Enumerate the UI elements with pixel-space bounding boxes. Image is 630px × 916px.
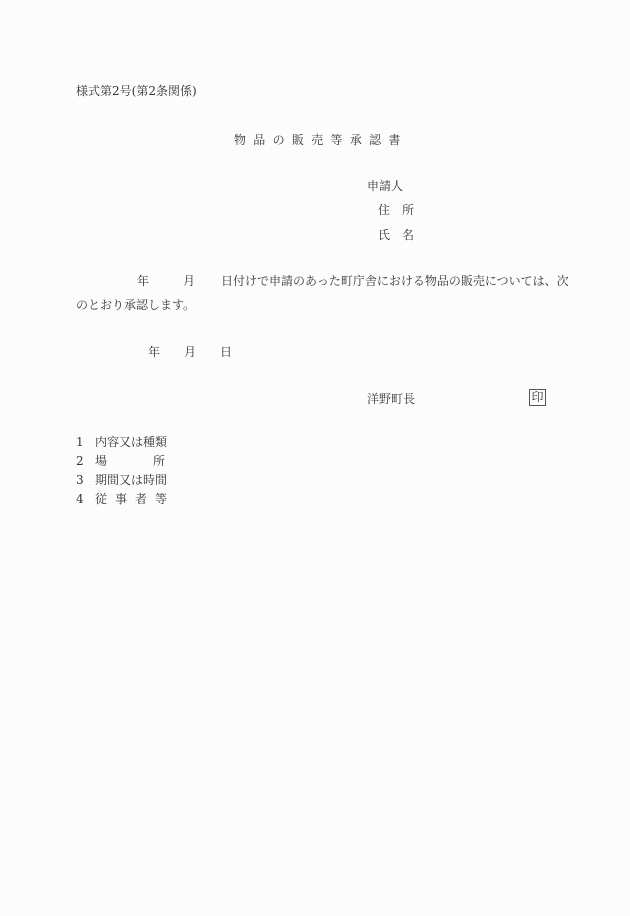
body-text-line-1: 年月日付けで申請のあった町庁舎における物品の販売については、次 bbox=[137, 274, 569, 288]
body-text-rest: 日付けで申請のあった町庁舎における物品の販売については、次 bbox=[221, 274, 569, 288]
body-year: 年 bbox=[137, 274, 149, 288]
list-item: 2場所 bbox=[76, 454, 175, 473]
list-item: 3期間又は時間 bbox=[76, 473, 175, 492]
applicant-name-label: 氏名 bbox=[378, 228, 414, 242]
address-label-char-2: 所 bbox=[402, 203, 414, 217]
date-month: 月 bbox=[184, 345, 196, 359]
item-number: 1 bbox=[76, 435, 95, 449]
item-number: 4 bbox=[76, 492, 95, 506]
body-text-line-2: のとおり承認します。 bbox=[76, 298, 195, 312]
date-year: 年 bbox=[148, 345, 160, 359]
date-day: 日 bbox=[220, 345, 232, 359]
applicant-label: 申請人 bbox=[367, 179, 403, 193]
item-list: 1内容又は種類 2場所 3期間又は時間 4従事者等 bbox=[76, 435, 175, 511]
seal-mark: 印 bbox=[529, 389, 546, 406]
item-label: 内容又は種類 bbox=[95, 435, 167, 449]
list-item: 4従事者等 bbox=[76, 492, 175, 511]
item-number: 2 bbox=[76, 454, 95, 468]
body-month: 月 bbox=[183, 274, 195, 288]
applicant-address-label: 住所 bbox=[378, 203, 414, 217]
name-label-char-2: 名 bbox=[402, 228, 414, 242]
issuer-title: 洋野町長 bbox=[367, 392, 415, 406]
name-label-char-1: 氏 bbox=[378, 228, 390, 242]
item-label: 期間又は時間 bbox=[95, 473, 167, 487]
item-label: 従事者等 bbox=[95, 492, 175, 506]
item-number: 3 bbox=[76, 473, 95, 487]
address-label-char-1: 住 bbox=[378, 203, 390, 217]
form-number: 様式第2号(第2条関係) bbox=[76, 84, 197, 98]
item-label: 場所 bbox=[95, 454, 165, 468]
document-title: 物品の販売等承認書 bbox=[234, 133, 408, 147]
list-item: 1内容又は種類 bbox=[76, 435, 175, 454]
approval-date: 年月日 bbox=[148, 345, 232, 359]
